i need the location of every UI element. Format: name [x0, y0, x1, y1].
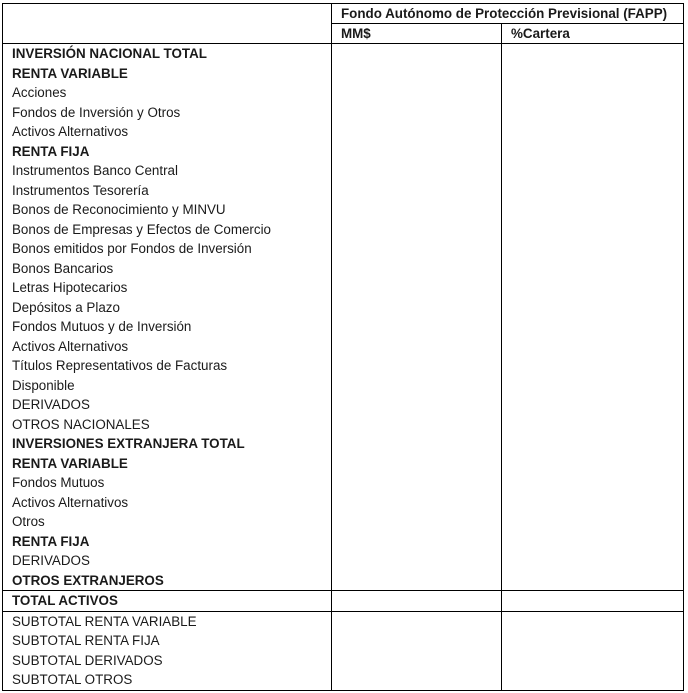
row-label: INVERSIONES EXTRANJERA TOTAL — [12, 434, 331, 454]
row-label: Fondos de Inversión y Otros — [12, 103, 331, 123]
row-label: Otros — [12, 512, 331, 532]
column-header-mm: MM$ — [332, 24, 502, 44]
label-cell: SUBTOTAL RENTA VARIABLESUBTOTAL RENTA FI… — [3, 611, 332, 690]
row-label: SUBTOTAL RENTA FIJA — [12, 631, 331, 651]
row-label: Instrumentos Tesorería — [12, 181, 331, 201]
label-cell: INVERSIÓN NACIONAL TOTALRENTA VARIABLEAc… — [3, 44, 332, 591]
mm-value-cell[interactable] — [332, 44, 502, 591]
row-label: SUBTOTAL OTROS — [12, 670, 331, 690]
row-label: TOTAL ACTIVOS — [12, 591, 331, 611]
row-label: RENTA FIJA — [12, 142, 331, 162]
row-label: RENTA FIJA — [12, 532, 331, 552]
row-label: Fondos Mutuos y de Inversión — [12, 317, 331, 337]
mm-value-cell[interactable] — [332, 611, 502, 690]
group-header-cell: Fondo Autónomo de Protección Previsional… — [332, 4, 684, 24]
fapp-portfolio-table: Fondo Autónomo de Protección Previsional… — [2, 3, 684, 691]
row-label: Depósitos a Plazo — [12, 298, 331, 318]
row-label: Bonos Bancarios — [12, 259, 331, 279]
row-label: DERIVADOS — [12, 551, 331, 571]
row-label: INVERSIÓN NACIONAL TOTAL — [12, 44, 331, 64]
row-label: Bonos emitidos por Fondos de Inversión — [12, 239, 331, 259]
row-label: Bonos de Empresas y Efectos de Comercio — [12, 220, 331, 240]
section-subtotals: SUBTOTAL RENTA VARIABLESUBTOTAL RENTA FI… — [3, 611, 684, 690]
row-label: Títulos Representativos de Facturas — [12, 356, 331, 376]
row-label: Activos Alternativos — [12, 122, 331, 142]
column-header-cartera: %Cartera — [502, 24, 684, 44]
row-label: Bonos de Reconocimiento y MINVU — [12, 200, 331, 220]
section-main: INVERSIÓN NACIONAL TOTALRENTA VARIABLEAc… — [3, 44, 684, 591]
row-label: OTROS EXTRANJEROS — [12, 571, 331, 591]
row-label: Fondos Mutuos — [12, 473, 331, 493]
row-label: SUBTOTAL DERIVADOS — [12, 651, 331, 671]
row-label: Letras Hipotecarios — [12, 278, 331, 298]
column-header-row: MM$ %Cartera — [3, 24, 684, 44]
row-label: Activos Alternativos — [12, 337, 331, 357]
row-label: SUBTOTAL RENTA VARIABLE — [12, 612, 331, 632]
row-label: Acciones — [12, 83, 331, 103]
cartera-value-cell[interactable] — [502, 44, 684, 591]
row-label: Instrumentos Banco Central — [12, 161, 331, 181]
cartera-value-cell[interactable] — [502, 591, 684, 612]
row-label: RENTA VARIABLE — [12, 64, 331, 84]
row-label: OTROS NACIONALES — [12, 415, 331, 435]
mm-value-cell[interactable] — [332, 591, 502, 612]
empty-corner-cell — [3, 24, 332, 44]
row-label: DERIVADOS — [12, 395, 331, 415]
row-label: Activos Alternativos — [12, 493, 331, 513]
row-label: Disponible — [12, 376, 331, 396]
label-cell: TOTAL ACTIVOS — [3, 591, 332, 612]
section-total: TOTAL ACTIVOS — [3, 591, 684, 612]
cartera-value-cell[interactable] — [502, 611, 684, 690]
empty-corner-cell — [3, 4, 332, 24]
group-header-row: Fondo Autónomo de Protección Previsional… — [3, 4, 684, 24]
row-label: RENTA VARIABLE — [12, 454, 331, 474]
